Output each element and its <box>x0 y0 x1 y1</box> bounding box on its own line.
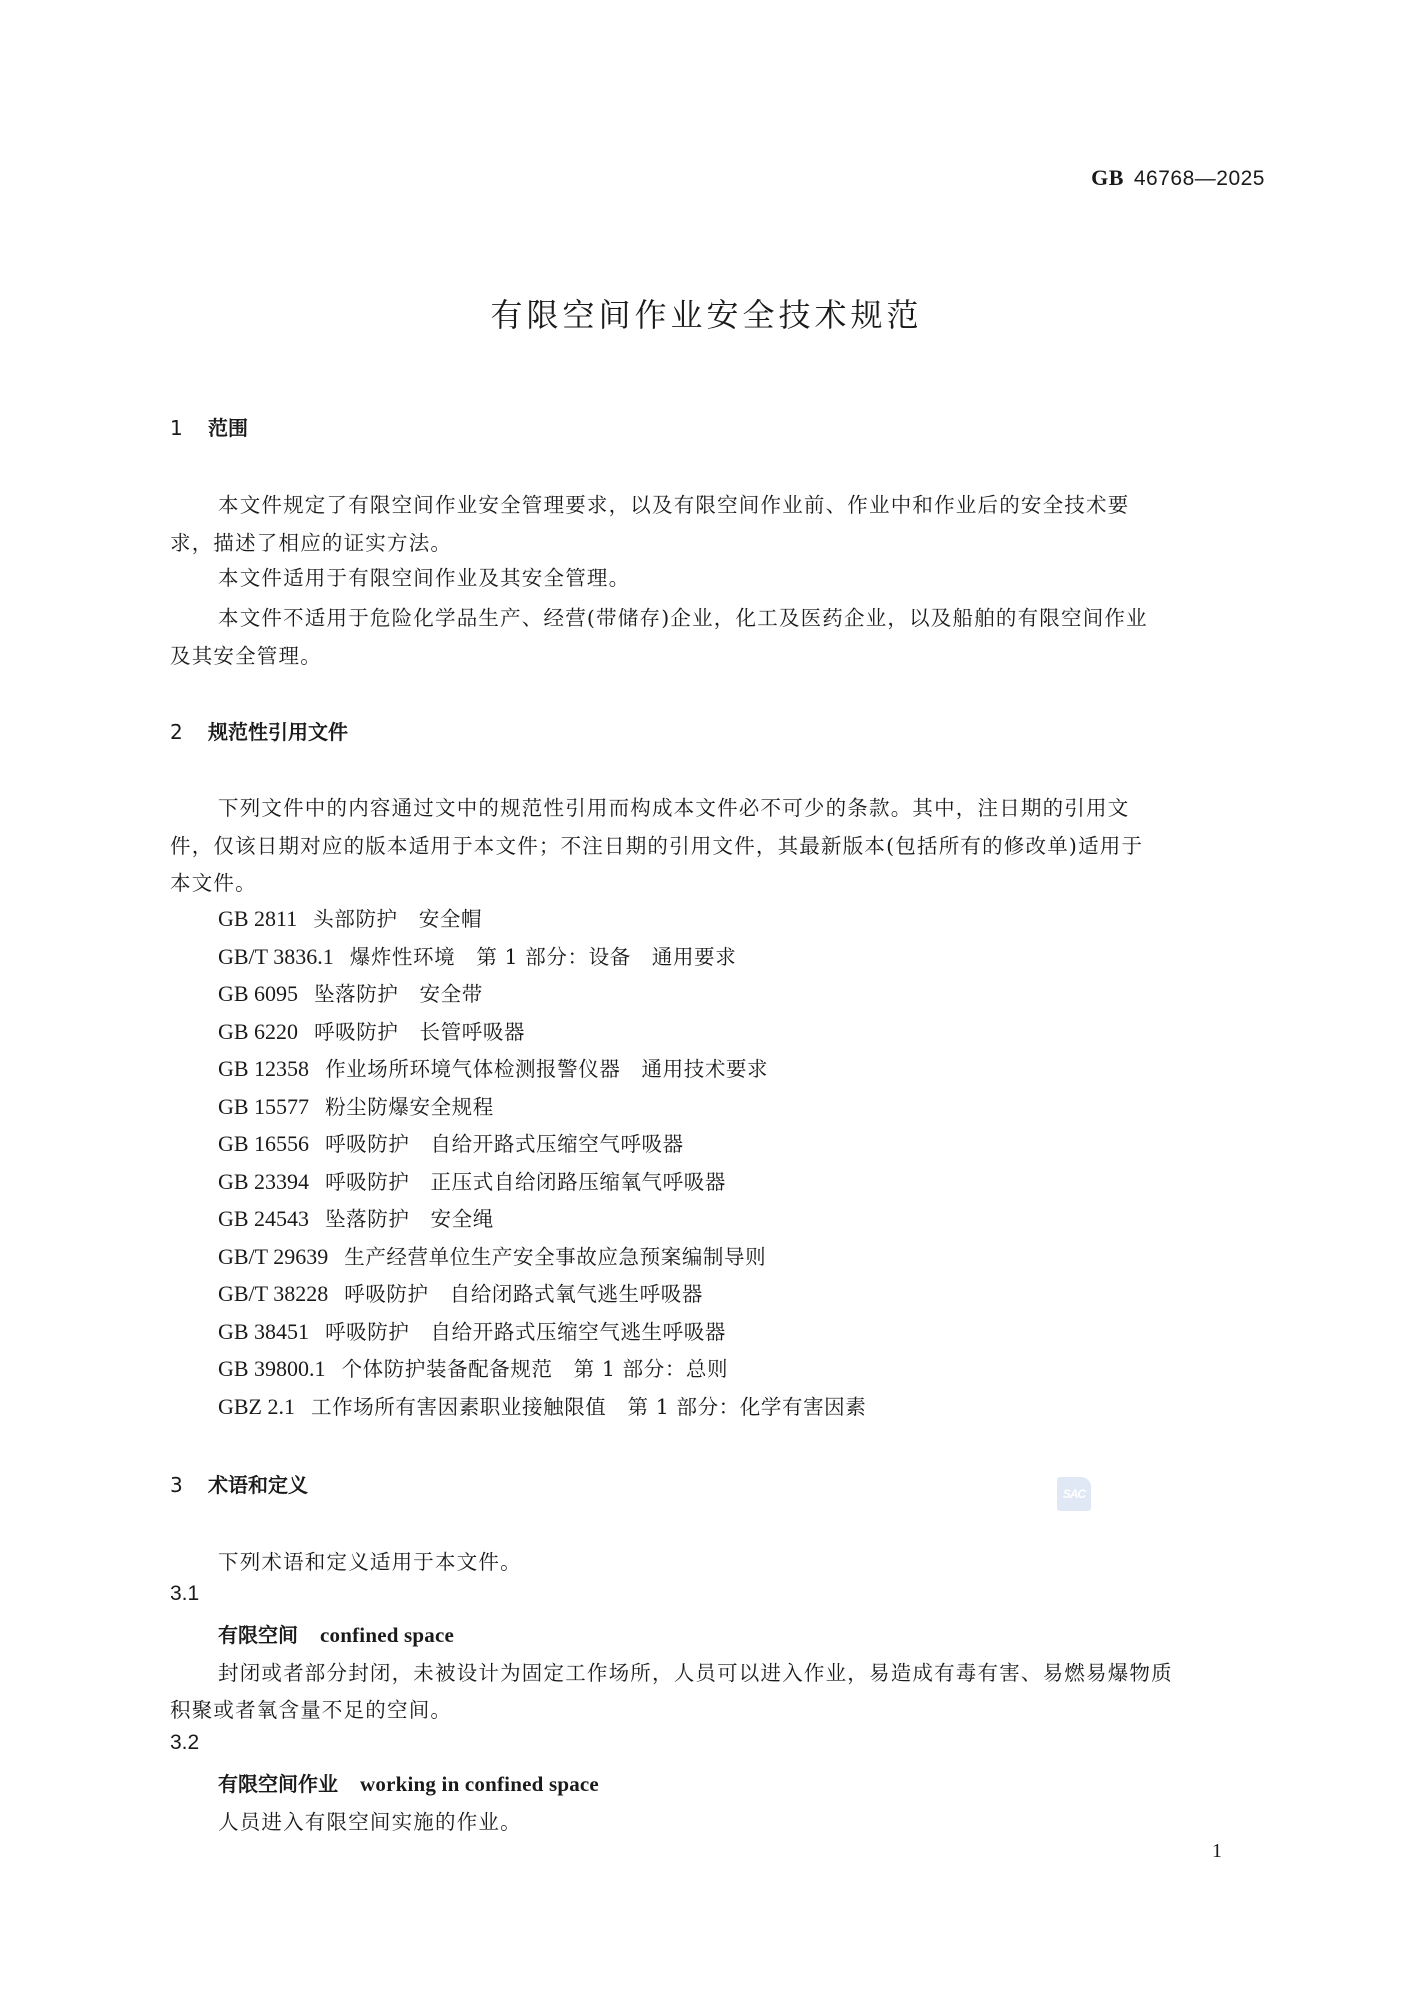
reference-code: GB/T 38228 <box>218 1281 328 1306</box>
reference-code: GB 23394 <box>218 1169 309 1194</box>
section-number: 2 <box>170 720 208 744</box>
paragraph-line: 件，仅该日期对应的版本适用于本文件；不注日期的引用文件，其最新版本(包括所有的修… <box>170 829 1143 859</box>
reference-code: GBZ 2.1 <box>218 1394 295 1419</box>
term-number: 3.2 <box>170 1731 199 1755</box>
section-title: 规范性引用文件 <box>208 720 348 744</box>
reference-title: 呼吸防护 长管呼吸器 <box>314 1020 525 1044</box>
term-heading: 有限空间作业working in confined space <box>218 1768 599 1797</box>
reference-title: 爆炸性环境 第 1 部分：设备 通用要求 <box>350 945 737 969</box>
section-1-heading: 1范围 <box>170 412 248 441</box>
standard-prefix: GB <box>1091 165 1124 190</box>
reference-code: GB 6220 <box>218 1019 298 1044</box>
document-title: 有限空间作业安全技术规范 <box>0 290 1413 336</box>
reference-code: GB 38451 <box>218 1319 309 1344</box>
section-title: 范围 <box>208 416 248 440</box>
paragraph-line: 本文件不适用于危险化学品生产、经营(带储存)企业，化工及医药企业，以及船舶的有限… <box>218 601 1148 631</box>
paragraph-line: 求，描述了相应的证实方法。 <box>170 526 452 556</box>
reference-item: GB 38451呼吸防护 自给开路式压缩空气逃生呼吸器 <box>218 1315 726 1345</box>
definition-line: 积聚或者氧含量不足的空间。 <box>170 1693 452 1723</box>
reference-item: GB/T 29639生产经营单位生产安全事故应急预案编制导则 <box>218 1240 766 1270</box>
reference-code: GB 39800.1 <box>218 1356 326 1381</box>
section-number: 1 <box>170 416 208 440</box>
reference-item: GB/T 38228呼吸防护 自给闭路式氧气逃生呼吸器 <box>218 1277 703 1307</box>
reference-title: 工作场所有害因素职业接触限值 第 1 部分：化学有害因素 <box>311 1395 866 1419</box>
reference-title: 头部防护 安全帽 <box>313 907 482 931</box>
definition-line: 人员进入有限空间实施的作业。 <box>218 1805 522 1835</box>
section-number: 3 <box>170 1473 208 1497</box>
reference-title: 坠落防护 安全带 <box>314 982 483 1006</box>
reference-title: 呼吸防护 自给开路式压缩空气逃生呼吸器 <box>325 1320 726 1344</box>
paragraph-line: 下列术语和定义适用于本文件。 <box>218 1545 522 1575</box>
reference-item: GB 24543坠落防护 安全绳 <box>218 1202 494 1232</box>
reference-title: 呼吸防护 自给开路式压缩空气呼吸器 <box>325 1132 684 1156</box>
reference-code: GB 2811 <box>218 906 297 931</box>
reference-item: GB/T 3836.1爆炸性环境 第 1 部分：设备 通用要求 <box>218 940 736 970</box>
reference-code: GB 24543 <box>218 1206 309 1231</box>
reference-title: 坠落防护 安全绳 <box>325 1207 494 1231</box>
reference-title: 呼吸防护 自给闭路式氧气逃生呼吸器 <box>344 1282 703 1306</box>
reference-code: GB 16556 <box>218 1131 309 1156</box>
term-heading: 有限空间confined space <box>218 1619 454 1648</box>
page-number: 1 <box>1212 1840 1222 1863</box>
term-chinese: 有限空间作业 <box>218 1772 338 1796</box>
term-english: working in confined space <box>360 1772 599 1796</box>
paragraph-line: 本文件。 <box>170 866 257 896</box>
reference-title: 个体防护装备配备规范 第 1 部分：总则 <box>342 1357 729 1381</box>
standard-number-header: GB46768—2025 <box>1091 165 1265 191</box>
reference-item: GB 39800.1个体防护装备配备规范 第 1 部分：总则 <box>218 1352 728 1382</box>
reference-item: GB 6095坠落防护 安全带 <box>218 977 483 1007</box>
definition-line: 封闭或者部分封闭，未被设计为固定工作场所，人员可以进入作业，易造成有毒有害、易燃… <box>218 1656 1173 1686</box>
reference-code: GB 6095 <box>218 981 298 1006</box>
reference-code: GB/T 29639 <box>218 1244 328 1269</box>
paragraph-line: 下列文件中的内容通过文中的规范性引用而构成本文件必不可少的条款。其中，注日期的引… <box>218 791 1129 821</box>
term-chinese: 有限空间 <box>218 1623 298 1647</box>
paragraph-line: 本文件规定了有限空间作业安全管理要求，以及有限空间作业前、作业中和作业后的安全技… <box>218 488 1129 518</box>
reference-item: GBZ 2.1工作场所有害因素职业接触限值 第 1 部分：化学有害因素 <box>218 1390 866 1420</box>
section-3-heading: 3术语和定义 <box>170 1469 308 1498</box>
reference-code: GB 12358 <box>218 1056 309 1081</box>
reference-title: 粉尘防爆安全规程 <box>325 1095 494 1119</box>
reference-code: GB 15577 <box>218 1094 309 1119</box>
sac-watermark-logo: SAC <box>1057 1477 1091 1511</box>
section-title: 术语和定义 <box>208 1473 308 1497</box>
reference-item: GB 12358作业场所环境气体检测报警仪器 通用技术要求 <box>218 1052 768 1082</box>
paragraph-line: 本文件适用于有限空间作业及其安全管理。 <box>218 561 630 591</box>
term-number: 3.1 <box>170 1582 199 1606</box>
reference-title: 作业场所环境气体检测报警仪器 通用技术要求 <box>325 1057 768 1081</box>
reference-item: GB 6220呼吸防护 长管呼吸器 <box>218 1015 525 1045</box>
reference-item: GB 16556呼吸防护 自给开路式压缩空气呼吸器 <box>218 1127 684 1157</box>
reference-code: GB/T 3836.1 <box>218 944 334 969</box>
reference-item: GB 2811头部防护 安全帽 <box>218 902 482 932</box>
section-2-heading: 2规范性引用文件 <box>170 716 348 745</box>
reference-item: GB 15577粉尘防爆安全规程 <box>218 1090 494 1120</box>
reference-title: 呼吸防护 正压式自给闭路压缩氧气呼吸器 <box>325 1170 726 1194</box>
standard-code: 46768—2025 <box>1134 167 1265 190</box>
term-english: confined space <box>320 1623 454 1647</box>
paragraph-line: 及其安全管理。 <box>170 639 322 669</box>
reference-title: 生产经营单位生产安全事故应急预案编制导则 <box>344 1245 766 1269</box>
reference-item: GB 23394呼吸防护 正压式自给闭路压缩氧气呼吸器 <box>218 1165 726 1195</box>
